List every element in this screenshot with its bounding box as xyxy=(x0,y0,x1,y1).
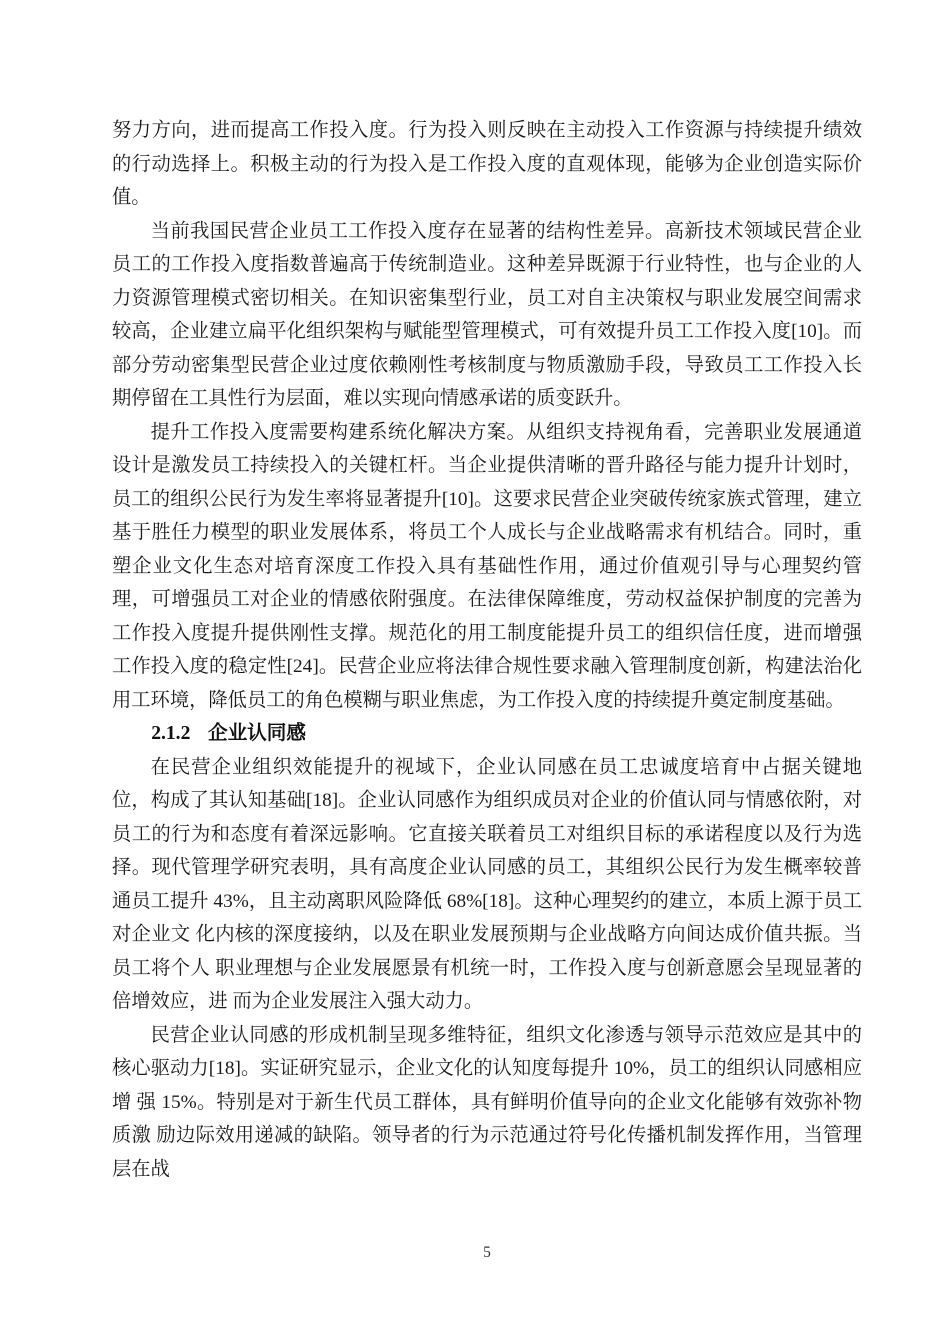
paragraph-5: 民营企业认同感的形成机制呈现多维特征，组织文化渗透与领导示范效应是其中的核心驱动… xyxy=(112,1019,862,1187)
section-heading-number: 2.1.2 xyxy=(151,723,190,744)
section-heading: 2.1.2企业认同感 xyxy=(112,717,862,751)
section-heading-title: 企业认同感 xyxy=(208,723,306,744)
paragraph-1: 努力方向，进而提高工作投入度。行为投入则反映在主动投入工作资源与持续提升绩效的行… xyxy=(112,114,862,215)
page-footer: 5 xyxy=(112,1244,862,1262)
paragraph-3: 提升工作投入度需要构建系统化解决方案。从组织支持视角看，完善职业发展通道设计是激… xyxy=(112,416,862,718)
paragraph-2: 当前我国民营企业员工工作投入度存在显著的结构性差异。高新技术领域民营企业员工的工… xyxy=(112,215,862,416)
page-number: 5 xyxy=(483,1244,491,1261)
document-page: 努力方向，进而提高工作投入度。行为投入则反映在主动投入工作资源与持续提升绩效的行… xyxy=(0,0,950,1344)
page-content: 努力方向，进而提高工作投入度。行为投入则反映在主动投入工作资源与持续提升绩效的行… xyxy=(112,114,862,1186)
paragraph-4: 在民营企业组织效能提升的视域下，企业认同感在员工忠诚度培育中占据关键地位，构成了… xyxy=(112,751,862,1019)
